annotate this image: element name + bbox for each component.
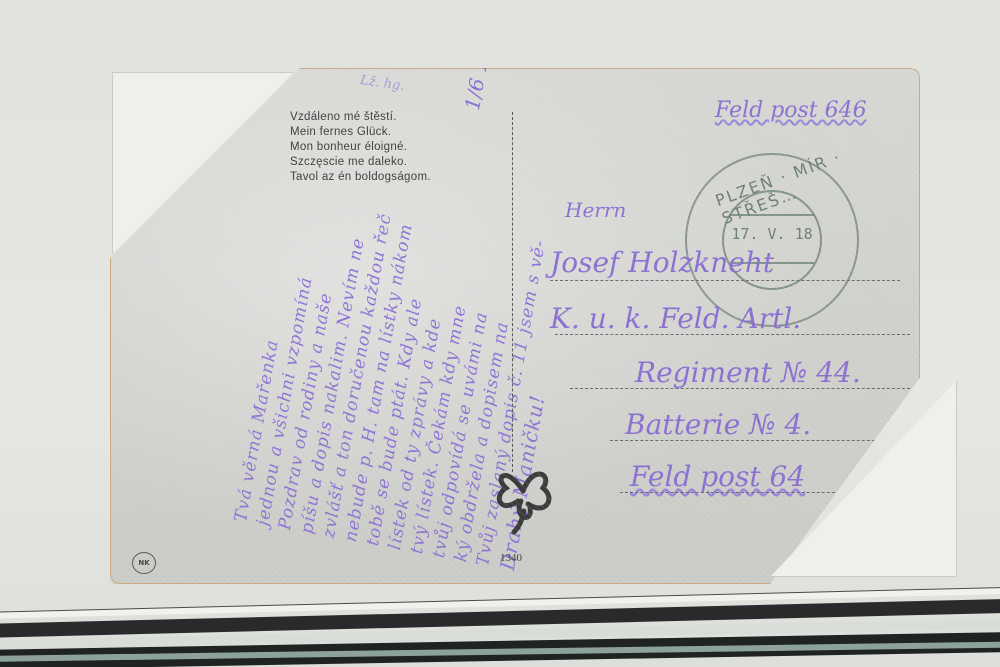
address-rule <box>610 440 890 441</box>
postmark-date: 17. V. 18 <box>724 225 820 243</box>
message-line: zvlášť a ton doručenou každou řeč <box>319 212 396 539</box>
address-line-battery: Batterie № 4. <box>625 408 811 441</box>
message-line: tvůj odpovídá se uvámi na <box>429 310 492 559</box>
message-line: ký obdržela a dopisem na <box>451 320 513 564</box>
top-scrawl: Lž. hg. <box>359 73 405 94</box>
postmark-bar <box>730 262 814 264</box>
postcard: Lž. hg. Vzdáleno mé štěstí. Mein fernes … <box>110 68 920 584</box>
address-line-regiment: Regiment № 44. <box>635 356 861 389</box>
address-line-name: Josef Holzkneht <box>550 246 774 279</box>
handwritten-date: 1/6 1918 <box>460 20 499 112</box>
message-line: Pozdrav od rodiny a naše <box>275 291 336 531</box>
message-line: Tvůj zaslaný dopis č. 11 jsem s vě- <box>473 238 550 567</box>
greeting-line-polish: Szczęscie me daleko. <box>290 155 431 170</box>
address-line-feldpost: Feld post 64 <box>630 460 805 493</box>
greeting-line-french: Mon bonheur éloigné. <box>290 140 431 155</box>
postcard-divider <box>512 112 513 472</box>
greeting-line-hungarian: Tavol az én boldogságom. <box>290 170 431 185</box>
card-number: 1340 <box>500 552 522 564</box>
postmark-inner-circle: 17. V. 18 <box>722 190 822 290</box>
message-line: Tvá věrná Mařenka <box>231 338 283 524</box>
postmark-ring-text: PLZEŇ · MÍR · STŘEŠ… <box>713 144 859 228</box>
addressee-label: Herrn <box>565 198 626 222</box>
message-line: píšu a dopis nakalim. Nevím ne <box>297 236 369 535</box>
postmark: PLZEŇ · MÍR · STŘEŠ… 17. V. 18 <box>685 153 859 327</box>
address-rule <box>570 388 910 389</box>
message-line: lístek od ty zprávy a kde <box>385 317 446 552</box>
message-line: jednou a všichni vzpomíná <box>253 275 317 527</box>
album-page: Lž. hg. Vzdáleno mé štěstí. Mein fernes … <box>0 0 1000 667</box>
printed-greeting: Vzdáleno mé štěstí. Mein fernes Glück. M… <box>290 110 431 185</box>
clover-stamp-icon <box>488 456 558 536</box>
address-line-unit: K. u. k. Feld. Artl. <box>550 302 801 335</box>
message-line: tvý lístek. Čekám kdy mne <box>407 303 471 555</box>
address-rule <box>620 492 850 493</box>
feldpost-header: Feld post 646 <box>715 98 867 123</box>
publisher-logo: NK <box>132 552 156 574</box>
message-line: nebude p. H. tam na lístky nákom <box>341 222 417 544</box>
postmark-bar <box>730 214 814 216</box>
address-rule <box>550 280 900 281</box>
message-line: tobě se bude ptát. Kdy ale <box>363 296 426 547</box>
address-rule <box>555 334 910 335</box>
greeting-line-czech: Vzdáleno mé štěstí. <box>290 110 431 125</box>
message-line: Drahý Maničku! <box>495 393 550 572</box>
greeting-line-german: Mein fernes Glück. <box>290 125 431 140</box>
